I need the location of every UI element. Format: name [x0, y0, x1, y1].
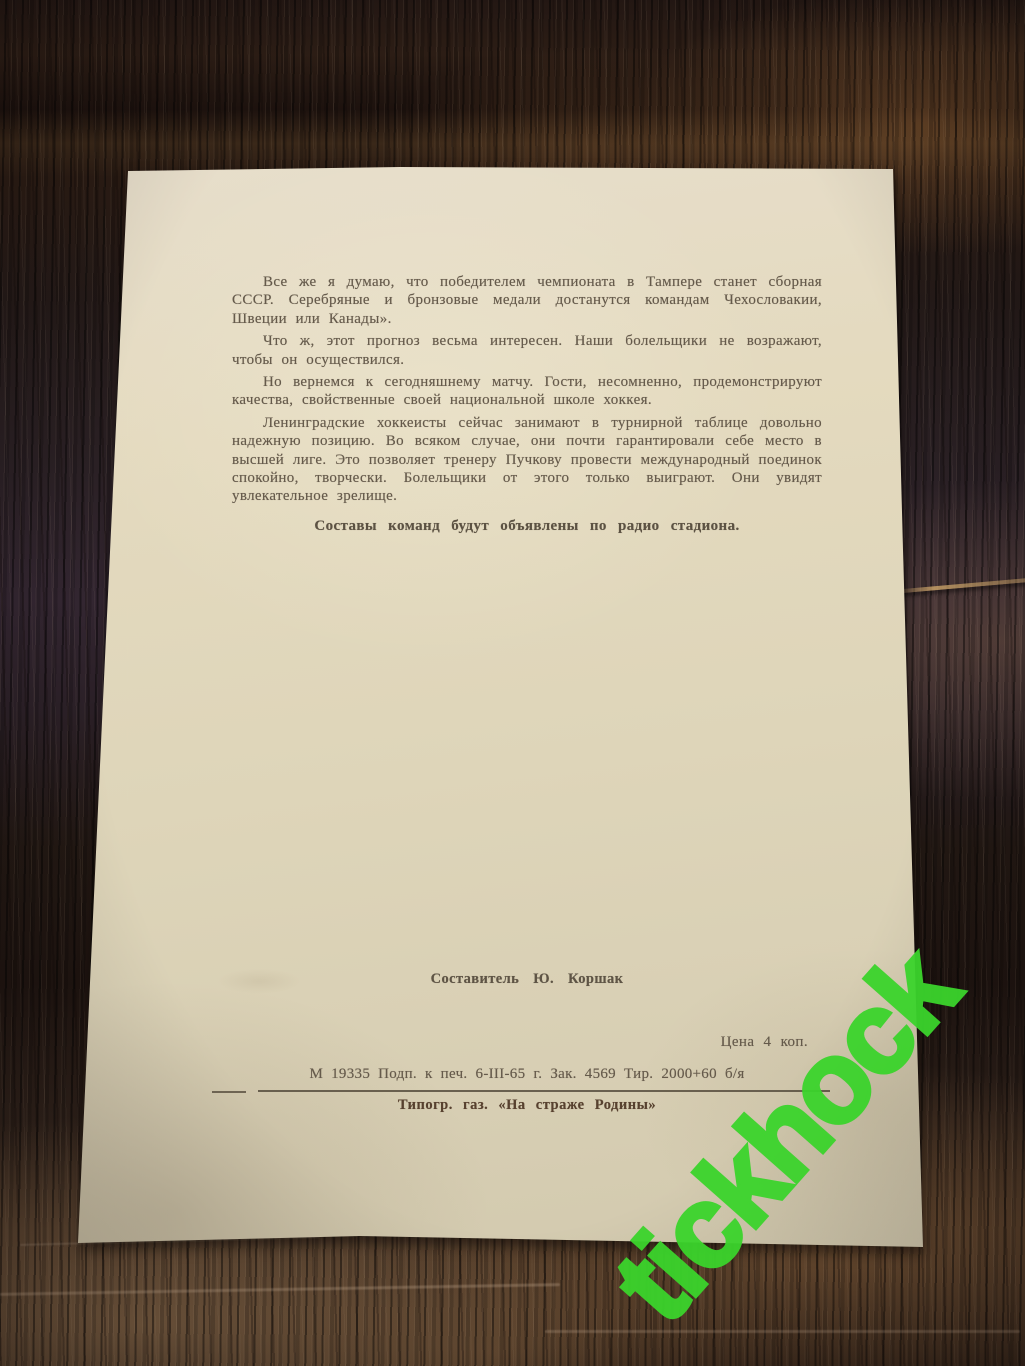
paragraph-leningrad: Ленинградские хоккеисты сейчас занимают …	[232, 414, 822, 506]
paper-shadow-wrap: Все же я думаю, что победителем чемпиона…	[0, 0, 1025, 1366]
article-text: Все же я думаю, что победителем чемпиона…	[232, 273, 822, 510]
imprint-divider-dash	[212, 1091, 246, 1093]
paragraph-forecast: Все же я думаю, что победителем чемпиона…	[232, 273, 822, 328]
paragraph-comment: Что ж, этот прогноз весьма интересен. На…	[232, 332, 822, 369]
compiler-line: Составитель Ю. Коршак	[232, 971, 822, 988]
paragraph-match: Но вернемся к сегодняшнему матчу. Гости,…	[232, 373, 822, 410]
announcement-line: Составы команд будут объявлены по радио …	[232, 518, 822, 535]
photo-scene: Все же я думаю, что победителем чемпиона…	[0, 0, 1025, 1366]
imprint-line: М 19335 Подп. к печ. 6-III-65 г. Зак. 45…	[232, 1066, 822, 1083]
price-line: Цена 4 коп.	[232, 1034, 822, 1051]
